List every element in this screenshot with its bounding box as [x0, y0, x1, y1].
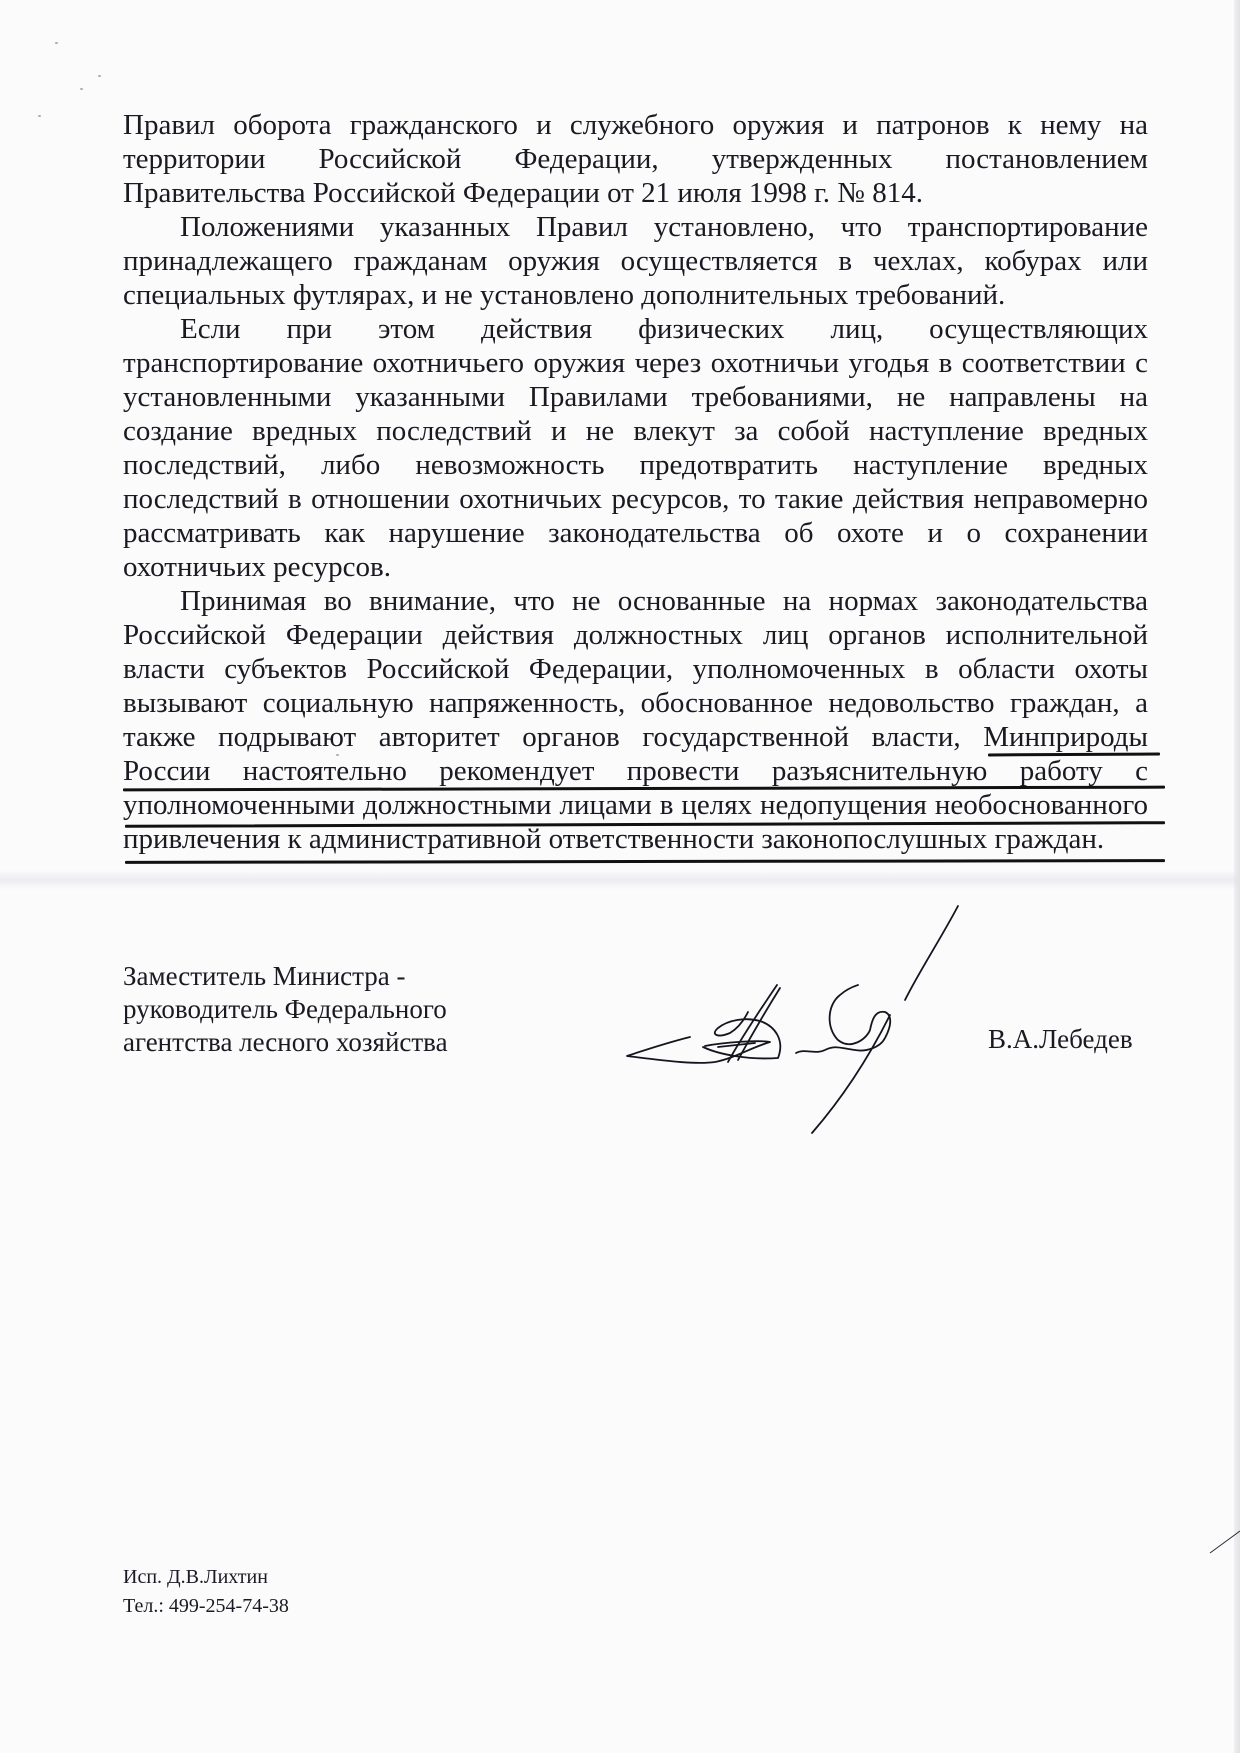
- text-line: последствий, либо невозможность предотвр…: [123, 448, 1148, 482]
- text-line: вызывают социальную напряженность, обосн…: [123, 686, 1148, 720]
- executor-name: Исп. Д.В.Лихтин: [123, 1563, 289, 1592]
- signer-name: В.А.Лебедев: [988, 1024, 1133, 1055]
- handwritten-underline: [125, 859, 1165, 864]
- scan-speck: [98, 75, 101, 77]
- text-line: Российской Федерации действия должностны…: [123, 618, 1148, 652]
- text-line: территории Российской Федерации, утвержд…: [123, 142, 1148, 176]
- text-line: рассматривать как нарушение законодатель…: [123, 516, 1148, 550]
- executor-footer: Исп. Д.В.Лихтин Тел.: 499-254-74-38: [123, 1563, 289, 1621]
- scan-speck: [80, 88, 83, 90]
- letter-body: Правил оборота гражданского и служебного…: [123, 108, 1148, 856]
- text-line: специальных футлярах, и не установлено д…: [123, 278, 1148, 312]
- signatory-title: Заместитель Министра - руководитель Феде…: [123, 960, 448, 1059]
- signatory-title-line: агентства лесного хозяйства: [123, 1026, 448, 1059]
- text-line: также подрывают авторитет органов госуда…: [123, 720, 1148, 754]
- text-line: Принимая во внимание, что не основанные …: [123, 584, 1148, 618]
- handwritten-signature-icon: [600, 890, 980, 1150]
- text-line: России настоятельно рекомендует провести…: [123, 754, 1148, 788]
- text-line: установленными указанными Правилами треб…: [123, 380, 1148, 414]
- text-line: Положениями указанных Правил установлено…: [123, 210, 1148, 244]
- text-line: принадлежащего гражданам оружия осуществ…: [123, 244, 1148, 278]
- text-line: Если при этом действия физических лиц, о…: [123, 312, 1148, 346]
- signatory-title-line: Заместитель Министра -: [123, 960, 448, 993]
- text-line: охотничьих ресурсов.: [123, 550, 1148, 584]
- text-line: создание вредных последствий и не влекут…: [123, 414, 1148, 448]
- paragraph-1: Правил оборота гражданского и служебного…: [123, 108, 1148, 210]
- text-line: последствий в отношении охотничьих ресур…: [123, 482, 1148, 516]
- scan-speck: [38, 115, 41, 117]
- signatory-title-line: руководитель Федерального: [123, 993, 448, 1026]
- paragraph-3: Если при этом действия физических лиц, о…: [123, 312, 1148, 584]
- text-line: уполномоченными должностными лицами в це…: [123, 788, 1148, 822]
- text-line: власти субъектов Российской Федерации, у…: [123, 652, 1148, 686]
- paragraph-2: Положениями указанных Правил установлено…: [123, 210, 1148, 312]
- text-line: Правил оборота гражданского и служебного…: [123, 108, 1148, 142]
- paragraph-4: Принимая во внимание, что не основанные …: [123, 584, 1148, 856]
- text-line: транспортирование охотничьего оружия чер…: [123, 346, 1148, 380]
- text-line: Правительства Российской Федерации от 21…: [123, 176, 1148, 210]
- stray-pen-mark-icon: [1200, 1525, 1240, 1555]
- executor-phone: Тел.: 499-254-74-38: [123, 1592, 289, 1621]
- scan-speck: [55, 42, 58, 44]
- paper-fold-shadow: [0, 870, 1240, 890]
